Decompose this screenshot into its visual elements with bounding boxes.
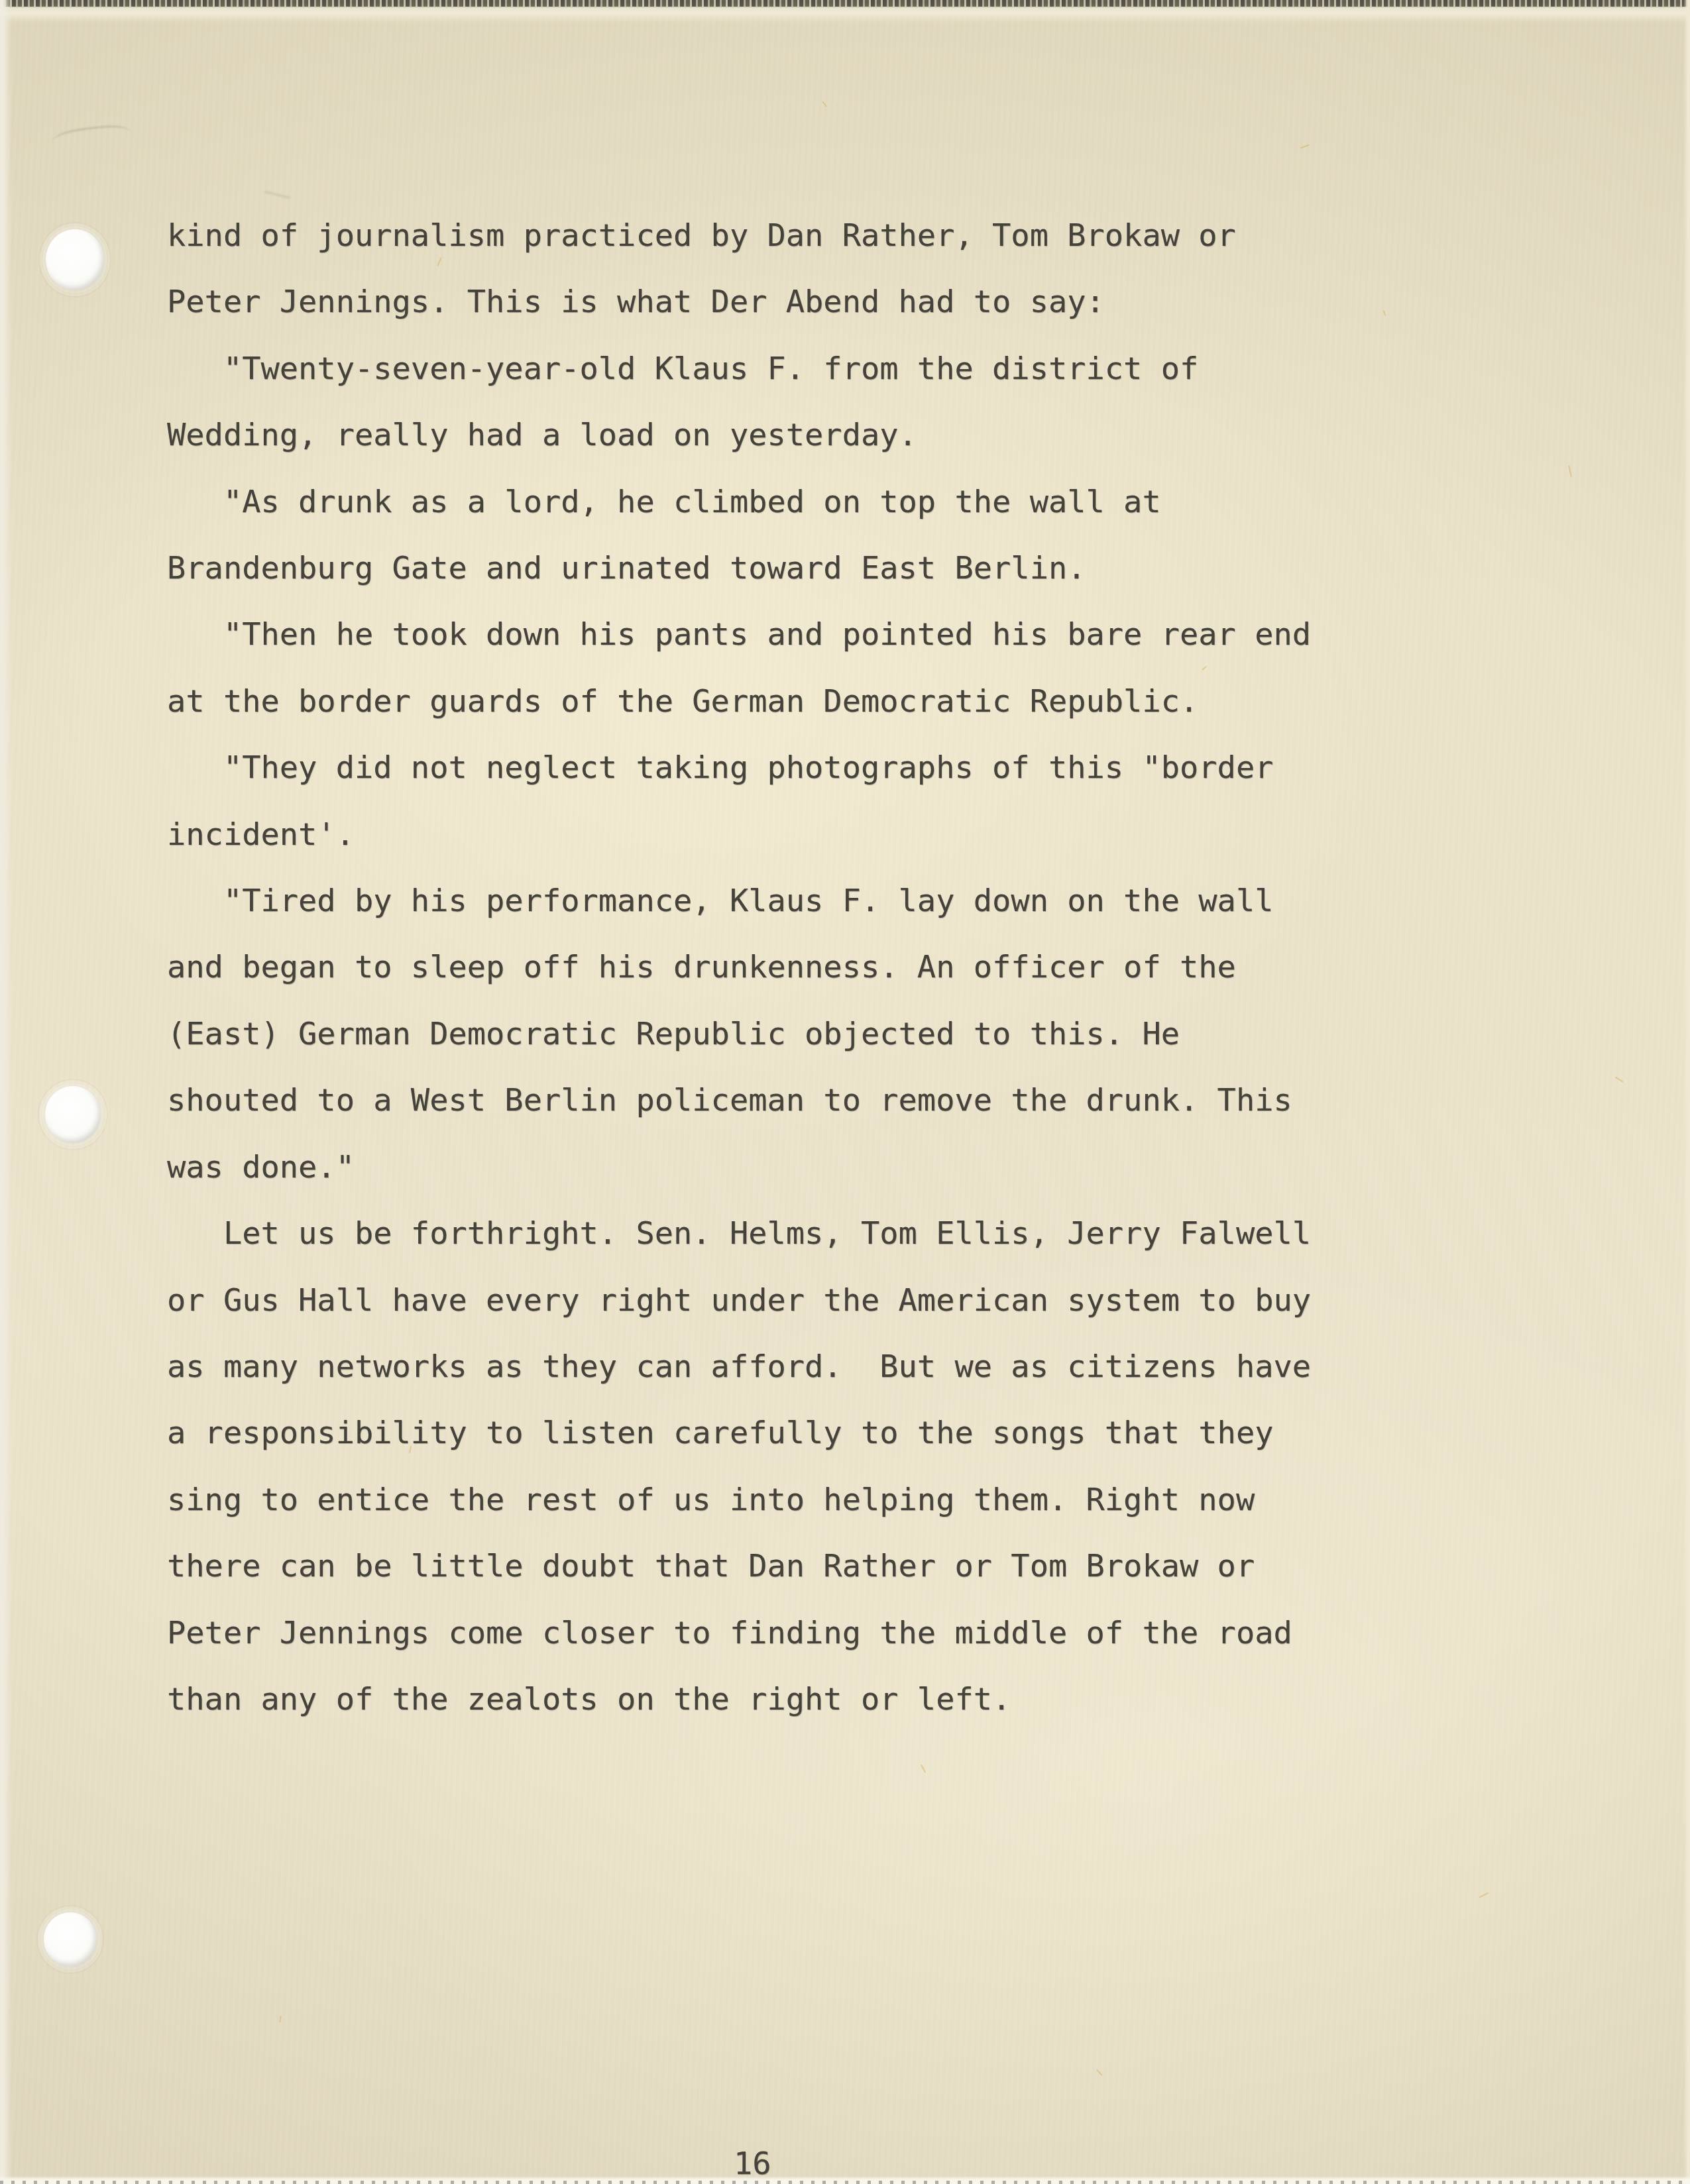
paper-fiber (1615, 1076, 1624, 1082)
perforated-top-edge (0, 0, 1690, 23)
paper-fiber (822, 101, 826, 107)
punch-hole-top (46, 229, 104, 290)
paper-fiber (1383, 310, 1386, 316)
document-page: kind of journalism practiced by Dan Rath… (0, 0, 1690, 2184)
paper-fiber (1479, 1892, 1489, 1898)
paper-fiber (279, 2016, 281, 2022)
paper-fiber (1096, 2069, 1103, 2076)
left-page-edge (0, 0, 12, 2184)
page-number: 16 (734, 2146, 771, 2182)
bottom-page-edge (0, 2176, 1690, 2184)
punch-hole-bottom (44, 1912, 97, 1967)
paper-fiber (1300, 144, 1310, 149)
paper-fiber (1568, 465, 1572, 477)
paper-fiber (921, 1764, 926, 1773)
faint-pencil-mark (51, 123, 133, 151)
typewritten-text: kind of journalism practiced by Dan Rath… (167, 203, 1311, 1733)
punch-hole-middle (45, 1086, 101, 1143)
right-page-edge (1683, 0, 1690, 2184)
